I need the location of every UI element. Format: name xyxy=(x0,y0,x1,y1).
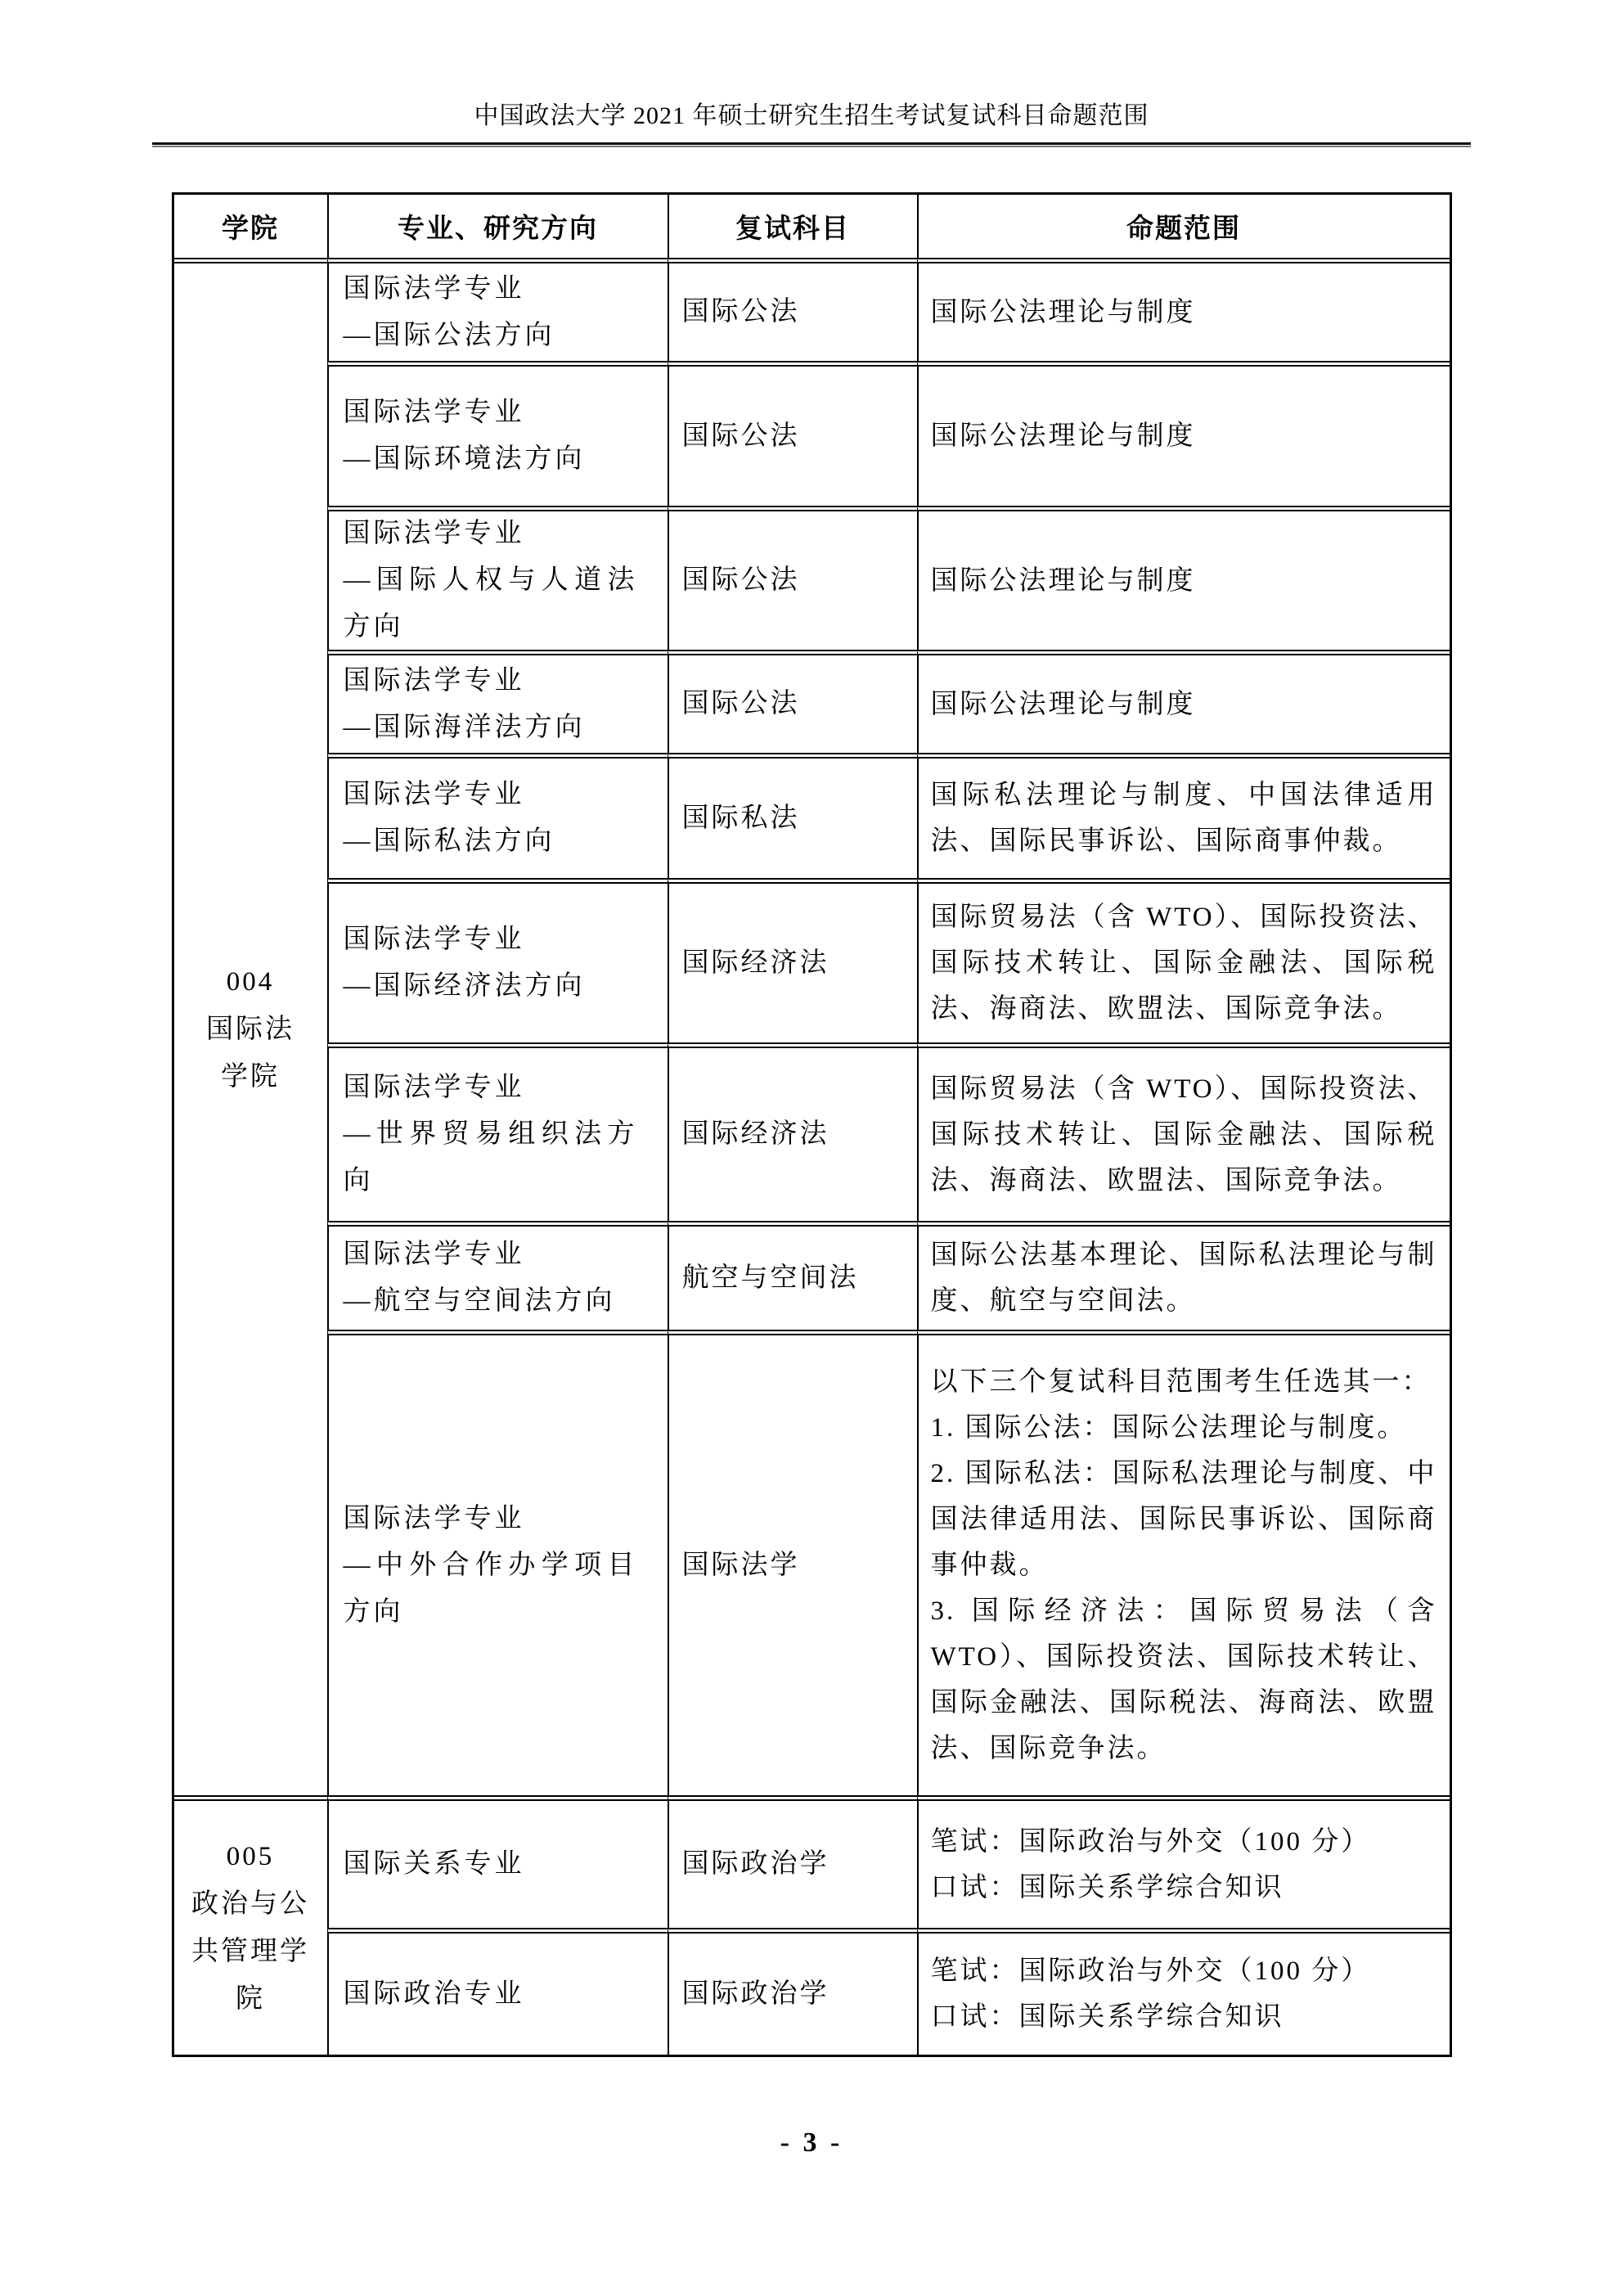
table-row-2-major-cell: 国际法学专业 —国际环境法方向 xyxy=(327,361,668,506)
scope-text: 国际贸易法（含 WTO）、国际投资法、国际技术转让、国际金融法、国际税法、海商法… xyxy=(931,1066,1437,1204)
table-row-7-scope-cell: 国际贸易法（含 WTO）、国际投资法、国际技术转让、国际金融法、国际税法、海商法… xyxy=(917,1042,1450,1221)
table-row-3-major-cell: 国际法学专业 —国际人权与人道法方向 xyxy=(327,506,668,650)
scope-text: 国际公法理论与制度 xyxy=(931,413,1437,459)
scope-text: 国际公法基本理论、国际私法理论与制度、航空与空间法。 xyxy=(931,1232,1437,1324)
table-row-4-subject-cell: 国际公法 xyxy=(668,650,917,753)
table-row-6-subject-cell: 国际经济法 xyxy=(668,878,917,1042)
college-cell-005: 005 政治与公 共管理学 院 xyxy=(174,1795,327,2055)
table-row-3-scope-cell: 国际公法理论与制度 xyxy=(917,506,1450,650)
scope-text: 笔试：国际政治与外交（100 分） 口试：国际关系学综合知识 xyxy=(931,1819,1437,1911)
subject-text: 国际公法 xyxy=(682,289,907,335)
page-title: 中国政法大学 2021 年硕士研究生招生考试复试科目命题范围 xyxy=(0,100,1623,133)
scope-text: 笔试：国际政治与外交（100 分） 口试：国际关系学综合知识 xyxy=(931,1948,1437,2040)
scope-text: 国际私法理论与制度、中国法律适用法、国际民事诉讼、国际商事仲裁。 xyxy=(931,772,1437,864)
subject-text: 国际公法 xyxy=(682,681,907,727)
table-row-2-scope-cell: 国际公法理论与制度 xyxy=(917,361,1450,506)
major-text: 国际关系专业 xyxy=(344,1841,638,1888)
column-header-major-label: 专业、研究方向 xyxy=(398,207,598,245)
subject-text: 国际私法 xyxy=(682,795,907,842)
table-row-1-scope-cell: 国际公法理论与制度 xyxy=(917,258,1450,361)
scope-text: 国际公法理论与制度 xyxy=(931,290,1437,335)
header-rule-line xyxy=(152,142,1471,145)
table-row-2-subject-cell: 国际公法 xyxy=(668,361,917,506)
major-text: 国际法学专业 —航空与空间法方向 xyxy=(344,1231,638,1325)
subject-text: 国际法学 xyxy=(682,1542,907,1589)
column-header-subject: 复试科目 xyxy=(668,195,917,258)
table-row-10-scope-cell: 笔试：国际政治与外交（100 分） 口试：国际关系学综合知识 xyxy=(917,1795,1450,1928)
major-text: 国际法学专业 —国际环境法方向 xyxy=(344,389,638,483)
subject-text: 国际经济法 xyxy=(682,940,907,987)
table-row-3-subject-cell: 国际公法 xyxy=(668,506,917,650)
college-cell-004: 004 国际法 学院 xyxy=(174,258,327,1795)
scope-text: 国际公法理论与制度 xyxy=(931,682,1437,727)
table-row-9-scope-cell: 以下三个复试科目范围考生任选其一： 1. 国际公法：国际公法理论与制度。 2. … xyxy=(917,1330,1450,1795)
table-row-8-scope-cell: 国际公法基本理论、国际私法理论与制度、航空与空间法。 xyxy=(917,1221,1450,1330)
table-row-4-scope-cell: 国际公法理论与制度 xyxy=(917,650,1450,753)
table-row-9-major-cell: 国际法学专业 —中外合作办学项目方向 xyxy=(327,1330,668,1795)
table-row-8-subject-cell: 航空与空间法 xyxy=(668,1221,917,1330)
table-row-1-major-cell: 国际法学专业 —国际公法方向 xyxy=(327,258,668,361)
table-row-5-subject-cell: 国际私法 xyxy=(668,753,917,878)
college-name-005: 005 政治与公 共管理学 院 xyxy=(174,1833,327,2023)
exam-subjects-table: 学院 专业、研究方向 复试科目 命题范围 004 国际法 学院 005 政治与公… xyxy=(172,192,1452,2057)
table-row-5-scope-cell: 国际私法理论与制度、中国法律适用法、国际民事诉讼、国际商事仲裁。 xyxy=(917,753,1450,878)
subject-text: 国际经济法 xyxy=(682,1111,907,1158)
major-text: 国际政治专业 xyxy=(344,1971,638,2018)
table-row-6-major-cell: 国际法学专业 —国际经济法方向 xyxy=(327,878,668,1042)
subject-text: 国际政治学 xyxy=(682,1971,907,2018)
scope-text: 国际公法理论与制度 xyxy=(931,558,1437,604)
college-name-004: 004 国际法 学院 xyxy=(174,958,327,1101)
major-text: 国际法学专业 —国际私法方向 xyxy=(344,772,638,865)
subject-text: 国际公法 xyxy=(682,557,907,604)
column-header-major: 专业、研究方向 xyxy=(327,195,668,258)
table-row-4-major-cell: 国际法学专业 —国际海洋法方向 xyxy=(327,650,668,753)
scope-text: 国际贸易法（含 WTO）、国际投资法、国际技术转让、国际金融法、国际税法、海商法… xyxy=(931,894,1437,1032)
table-row-10-subject-cell: 国际政治学 xyxy=(668,1795,917,1928)
scope-text: 以下三个复试科目范围考生任选其一： 1. 国际公法：国际公法理论与制度。 2. … xyxy=(931,1359,1437,1772)
table-row-9-subject-cell: 国际法学 xyxy=(668,1330,917,1795)
subject-text: 国际公法 xyxy=(682,413,907,460)
table-row-11-scope-cell: 笔试：国际政治与外交（100 分） 口试：国际关系学综合知识 xyxy=(917,1928,1450,2055)
column-header-college: 学院 xyxy=(174,195,327,258)
column-header-college-label: 学院 xyxy=(222,207,279,245)
table-row-7-subject-cell: 国际经济法 xyxy=(668,1042,917,1221)
header-rule-shadow xyxy=(152,146,1471,147)
table-row-6-scope-cell: 国际贸易法（含 WTO）、国际投资法、国际技术转让、国际金融法、国际税法、海商法… xyxy=(917,878,1450,1042)
major-text: 国际法学专业 —国际人权与人道法方向 xyxy=(344,511,638,650)
subject-text: 国际政治学 xyxy=(682,1841,907,1888)
table-row-7-major-cell: 国际法学专业 —世界贸易组织法方向 xyxy=(327,1042,668,1221)
table-row-1-subject-cell: 国际公法 xyxy=(668,258,917,361)
major-text: 国际法学专业 —世界贸易组织法方向 xyxy=(344,1065,638,1204)
major-text: 国际法学专业 —国际海洋法方向 xyxy=(344,658,638,751)
subject-text: 航空与空间法 xyxy=(682,1255,907,1302)
table-row-8-major-cell: 国际法学专业 —航空与空间法方向 xyxy=(327,1221,668,1330)
table-row-11-major-cell: 国际政治专业 xyxy=(327,1928,668,2055)
table-row-11-subject-cell: 国际政治学 xyxy=(668,1928,917,2055)
major-text: 国际法学专业 —国际公法方向 xyxy=(344,266,638,359)
table-row-5-major-cell: 国际法学专业 —国际私法方向 xyxy=(327,753,668,878)
header-rule xyxy=(152,142,1471,147)
column-header-scope: 命题范围 xyxy=(917,195,1450,258)
page-number: - 3 - xyxy=(0,2127,1623,2159)
major-text: 国际法学专业 —国际经济法方向 xyxy=(344,916,638,1010)
column-header-scope-label: 命题范围 xyxy=(1126,207,1241,245)
document-page: 中国政法大学 2021 年硕士研究生招生考试复试科目命题范围 学院 专业、研究方… xyxy=(0,0,1623,2296)
table-row-10-major-cell: 国际关系专业 xyxy=(327,1795,668,1928)
column-header-subject-label: 复试科目 xyxy=(735,207,850,245)
major-text: 国际法学专业 —中外合作办学项目方向 xyxy=(344,1496,638,1636)
